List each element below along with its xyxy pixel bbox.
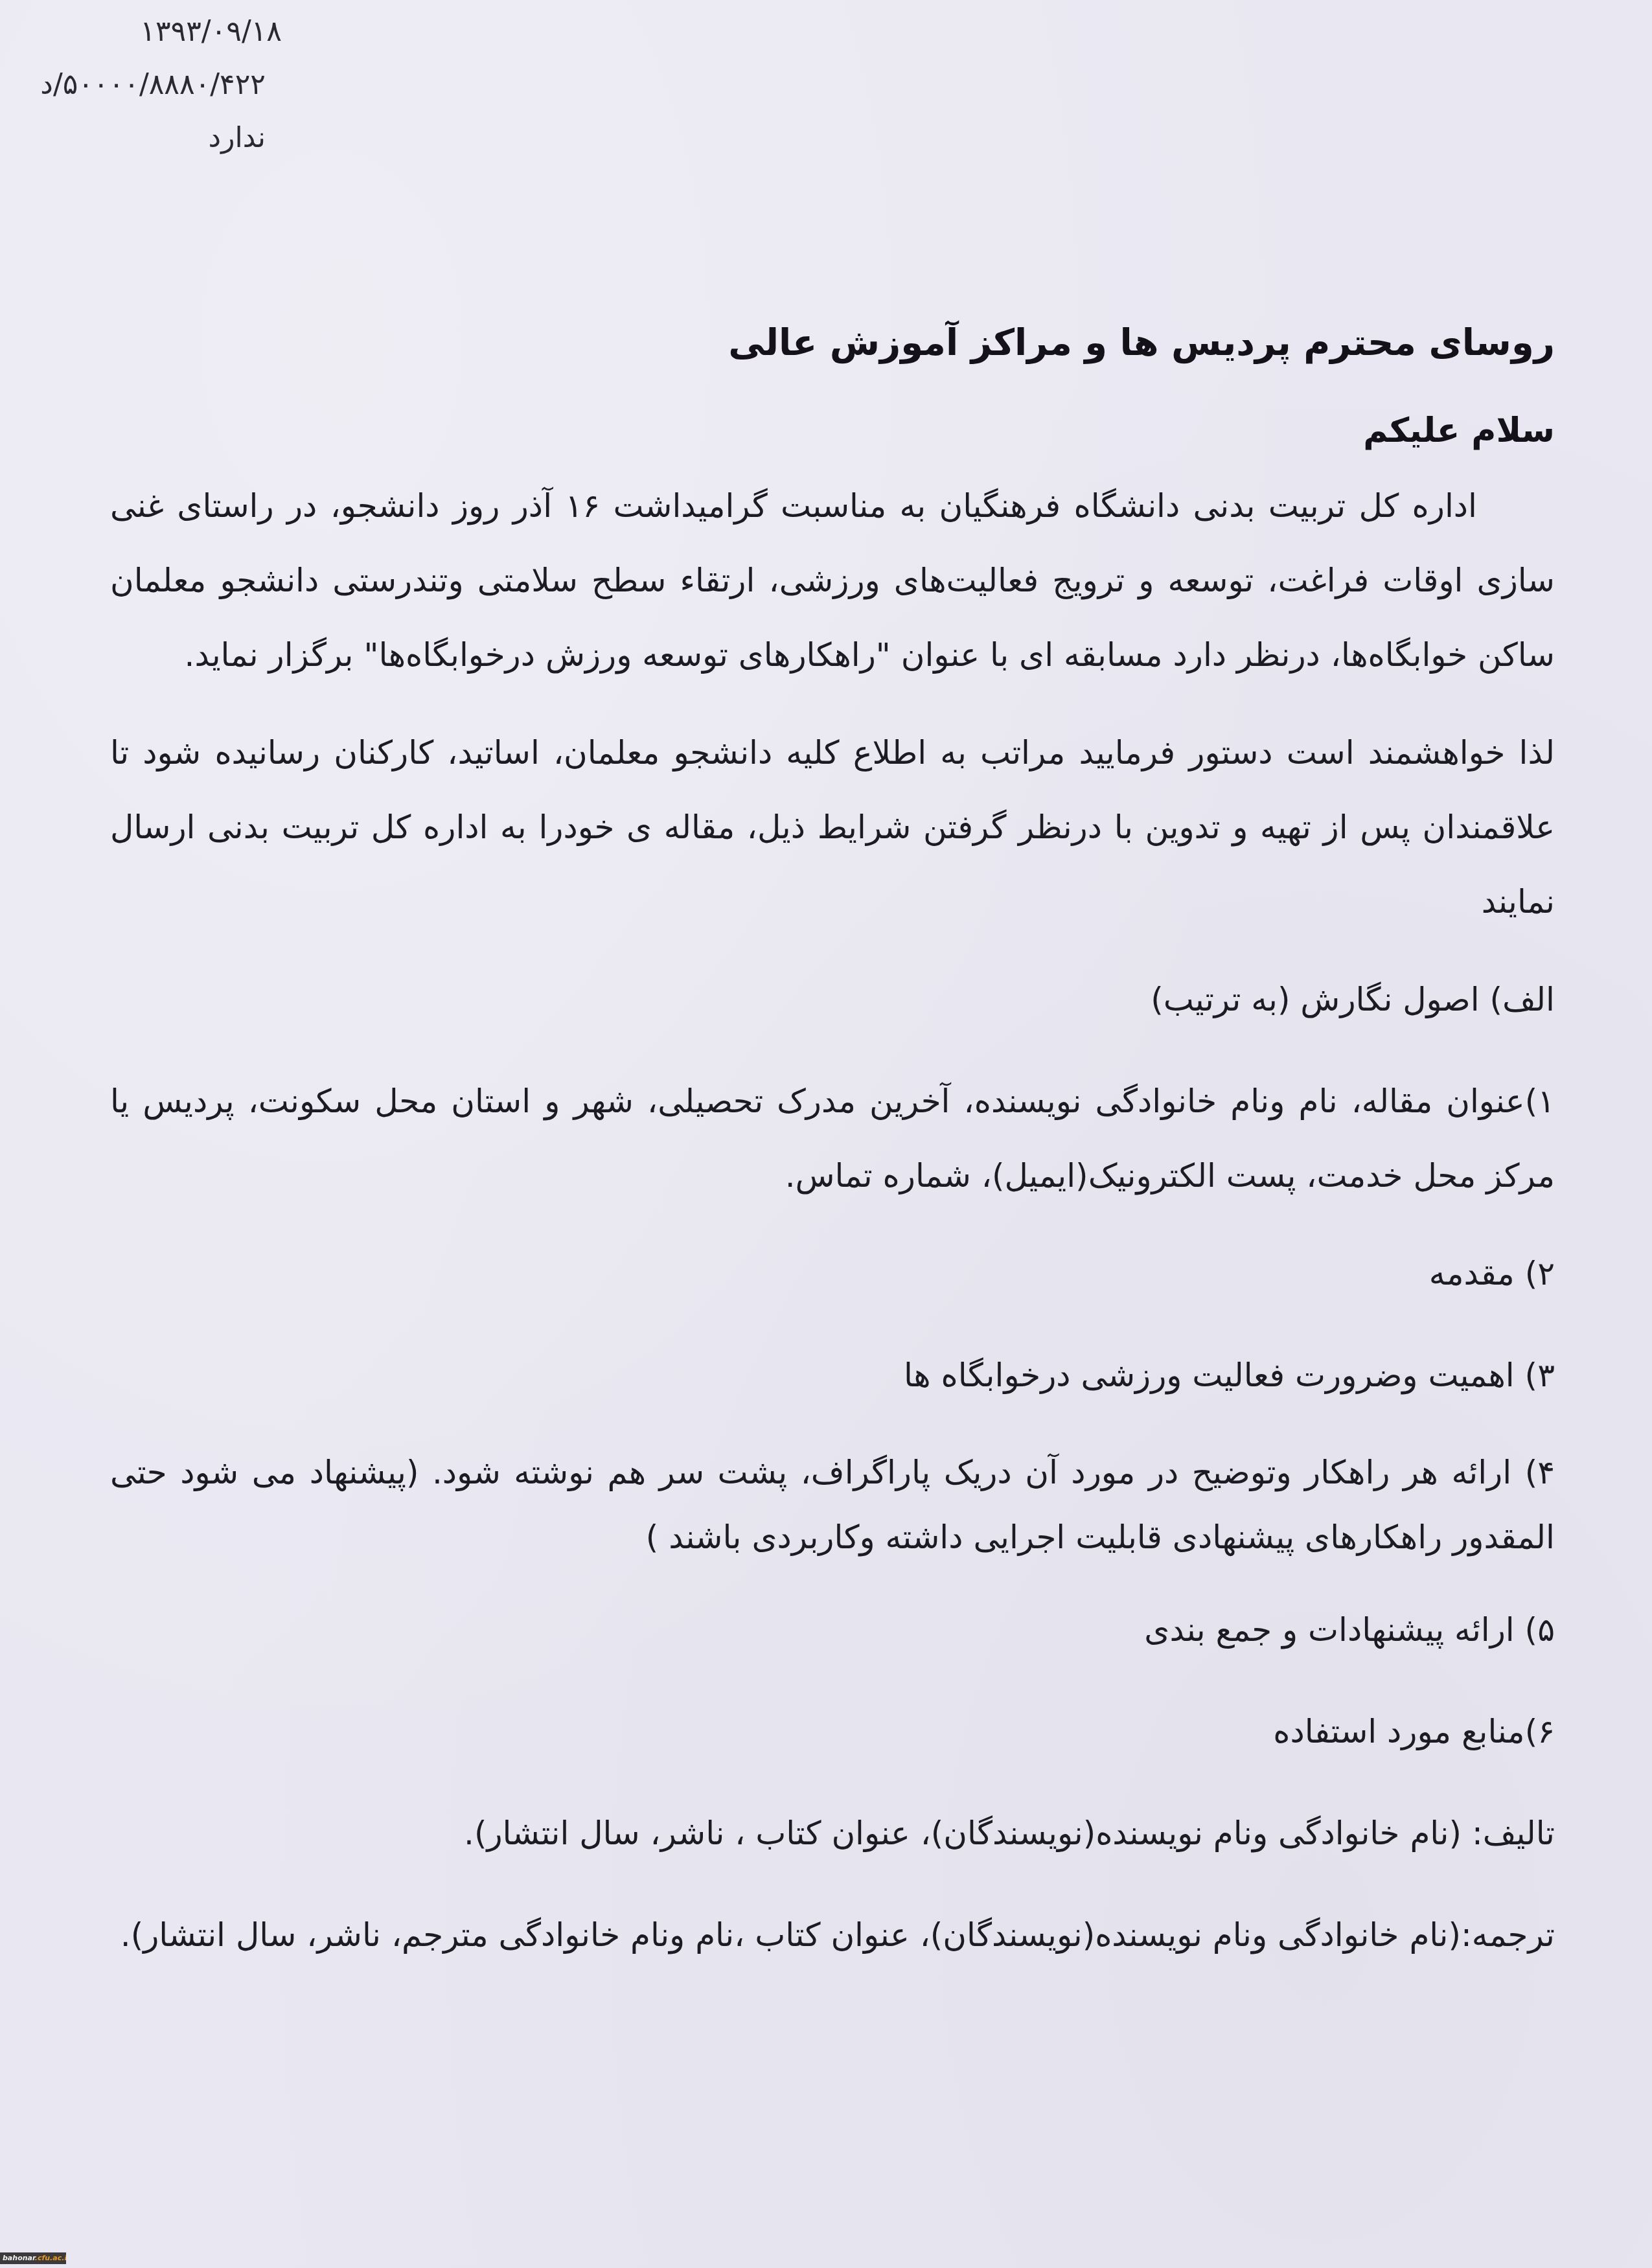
- greeting: سلام علیکم: [110, 402, 1555, 460]
- request-paragraph: لذا خواهشمند است دستور فرمایید مراتب به …: [110, 716, 1555, 939]
- watermark-domain: .cfu.ac.ir: [35, 2254, 66, 2262]
- letter-date: ۱۳۹۳/۰۹/۱۸: [0, 5, 285, 58]
- reference-translated: ترجمه:(نام خانوادگی ونام نویسنده(نویسندگ…: [110, 1898, 1555, 1973]
- section-title: الف) اصول نگارش (به ترتیب): [110, 963, 1555, 1037]
- list-item-1: ۱)عنوان مقاله، نام ونام خانوادگی نویسنده…: [110, 1064, 1555, 1213]
- list-item-2: ۲) مقدمه: [110, 1237, 1555, 1311]
- letter-attachment: ندارد: [0, 111, 285, 165]
- letter-body: روسای محترم پردیس ها و مراکز آموزش عالی …: [110, 311, 1555, 1996]
- letter-meta: ۱۳۹۳/۰۹/۱۸ ۵۰۰۰۰/۸۸۸۰/۴۲۲/د ندارد: [0, 5, 285, 165]
- list-item-5: ۵) ارائه پیشنهادات و جمع بندی: [110, 1593, 1555, 1667]
- watermark-site: bahonar: [3, 2254, 35, 2262]
- intro-paragraph: اداره کل تربیت بدنی دانشگاه فرهنگیان به …: [110, 469, 1555, 693]
- list-item-6: ۶)منابع مورد استفاده: [110, 1695, 1555, 1769]
- reference-authored: تالیف: (نام خانوادگی ونام نویسنده(نویسند…: [110, 1796, 1555, 1871]
- letter-number: ۵۰۰۰۰/۸۸۸۰/۴۲۲/د: [0, 58, 285, 111]
- list-item-3: ۳) اهمیت وضرورت فعالیت ورزشی درخوابگاه ه…: [110, 1338, 1555, 1413]
- addressee-heading: روسای محترم پردیس ها و مراکز آموزش عالی: [110, 311, 1555, 376]
- list-item-4: ۴) ارائه هر راهکار وتوضیح در مورد آن دری…: [110, 1440, 1555, 1570]
- site-watermark: bahonar.cfu.ac.ir: [0, 2252, 66, 2264]
